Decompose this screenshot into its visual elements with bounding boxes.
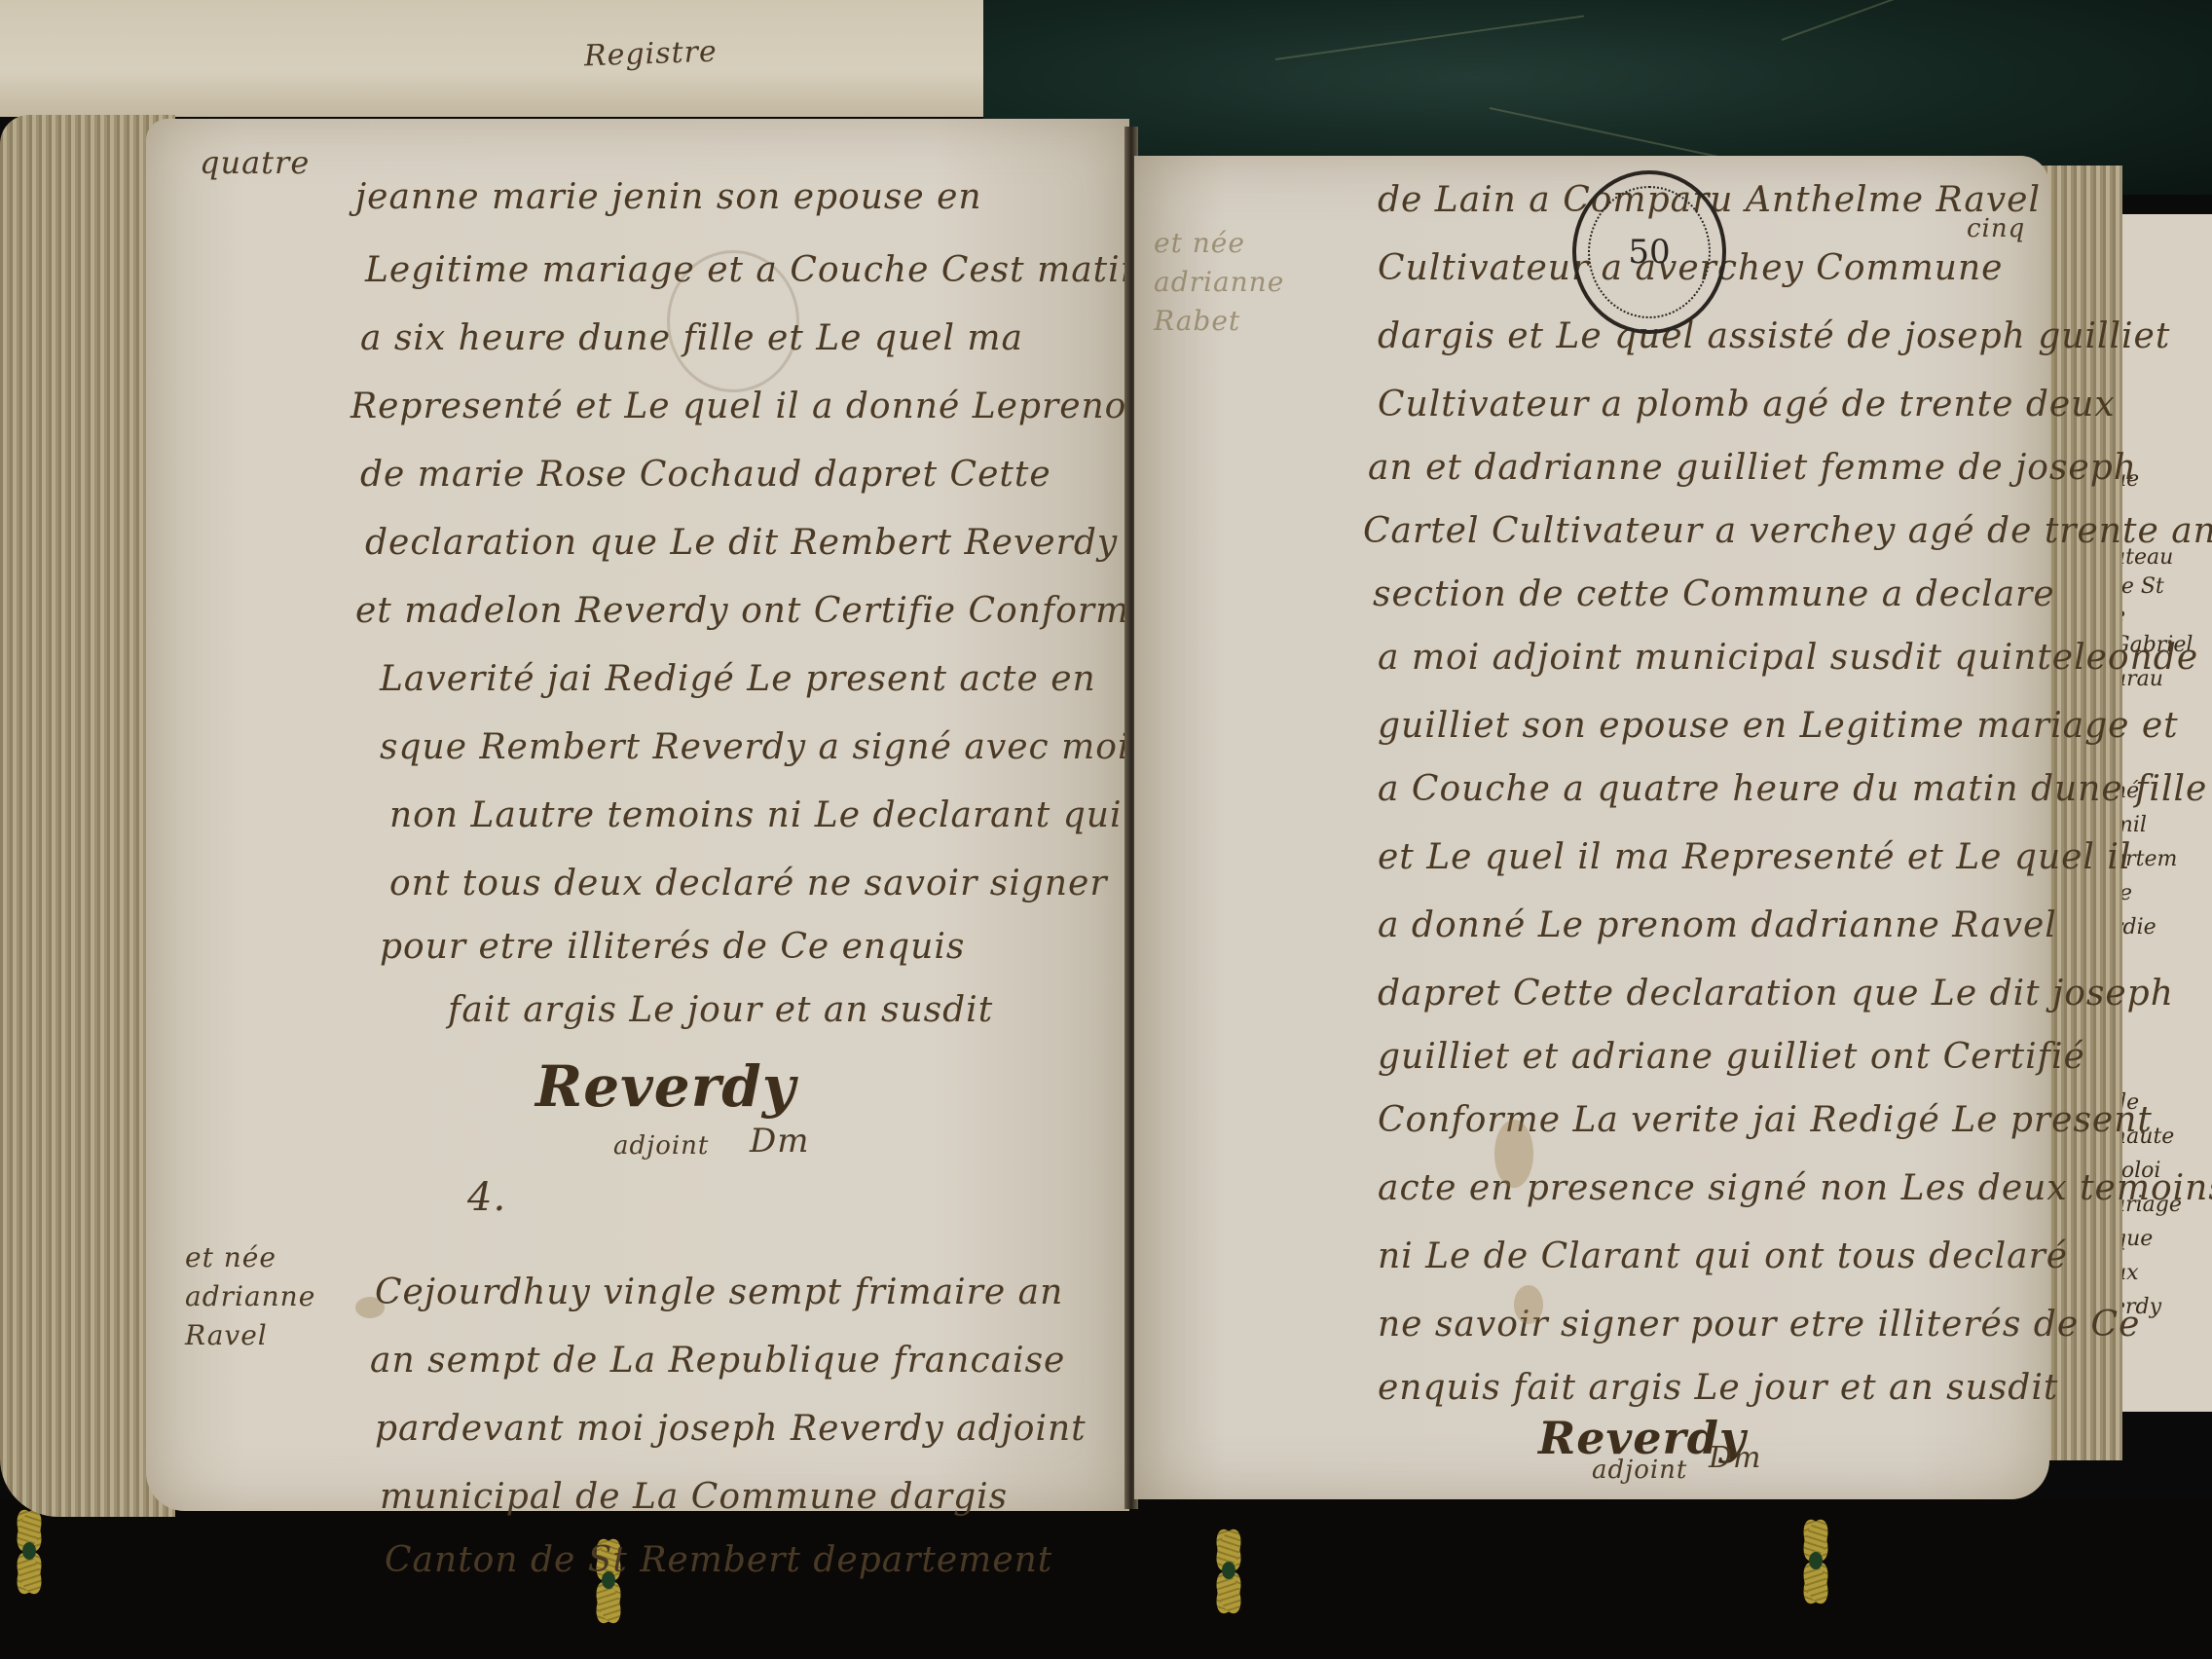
text-line: ont tous deux declaré ne savoir signer [389, 864, 1108, 903]
water-stain [1494, 1120, 1533, 1188]
stamp-value: 50 [1628, 233, 1670, 272]
text-line: Laverité jai Redigé Le present acte en [380, 659, 1096, 699]
register-label: Registre [583, 35, 718, 74]
text-line: pour etre illiterés de Ce enquis [380, 927, 965, 967]
signature-title: adjoint [1592, 1456, 1687, 1485]
text-line: dargis et Le quel assisté de joseph guil… [1378, 316, 2170, 356]
background-document-sheet [0, 0, 983, 117]
tax-stamp-icon: 50 [1572, 170, 1726, 334]
text-line: guilliet son epouse en Legitime mariage … [1378, 706, 2179, 746]
water-stain [1514, 1285, 1543, 1324]
signature-suffix: Dm [750, 1122, 810, 1161]
text-line: non Lautre temoins ni Le declarant qui [389, 795, 1122, 835]
text-line: et madelon Reverdy ont Certifie Conforme [355, 591, 1152, 631]
right-page: et née adrianne Rabet cinq de Lain a Com… [1134, 156, 2049, 1499]
text-line: sque Rembert Reverdy a signé avec moi [380, 727, 1129, 767]
margin-note-line: et née [185, 1238, 315, 1277]
text-line: Cultivateur a plomb agé de trente deux [1378, 385, 2116, 424]
tablecloth [0, 1499, 2212, 1659]
entry-line: municipal de La Commune dargis [380, 1477, 1008, 1517]
flower-motif-icon [0, 1509, 63, 1597]
flower-motif-icon [1782, 1519, 1850, 1606]
entry-line: an sempt de La Republique francaise [370, 1341, 1065, 1381]
text-line: de marie Rose Cochaud dapret Cette [360, 455, 1051, 495]
text-line: guilliet et adriane guilliet ont Certifi… [1378, 1037, 2085, 1077]
margin-note-line: Ravel [185, 1316, 315, 1355]
text-line: an et dadrianne guilliet femme de joseph [1368, 448, 2137, 488]
text-line: dapret Cette declaration que Le dit jose… [1378, 974, 2174, 1014]
text-line: section de cette Commune a declare [1373, 574, 2055, 614]
margin-note-line: et née [1154, 224, 1284, 263]
margin-note-line: Rabet [1154, 302, 1284, 341]
entry-line: Canton de St Rembert departement [385, 1540, 1052, 1580]
margin-note-adrianne-ravel: et née adrianne Ravel [185, 1238, 315, 1355]
margin-note-faded: et née adrianne Rabet [1154, 224, 1284, 341]
text-line: enquis fait argis Le jour et an susdit [1378, 1368, 2058, 1408]
text-line: jeanne marie jenin son epouse en [355, 177, 982, 217]
text-line: et Le quel il ma Representé et Le quel i… [1378, 837, 2131, 877]
left-page: quatre jeanne marie jenin son epouse en … [146, 119, 1129, 1511]
text-line: fait argis Le jour et an susdit [448, 990, 993, 1030]
margin-note-quatre: quatre [200, 143, 310, 182]
text-line: a donné Le prenom dadrianne Ravel [1378, 905, 2057, 945]
entry-line: Cejourdhuy vingle sempt frimaire an [375, 1272, 1063, 1312]
text-line: a Couche a quatre heure du matin dune fi… [1378, 769, 2207, 809]
text-line: Cartel Cultivateur a verchey agé de tren… [1363, 511, 2212, 551]
margin-note-line: adrianne [1154, 263, 1284, 302]
signature-reverdy: Reverdy [535, 1053, 796, 1120]
entry-number: 4. [467, 1175, 506, 1220]
margin-note-line: adrianne [185, 1277, 315, 1316]
flower-motif-icon [1195, 1529, 1263, 1616]
text-line: Conforme La verite jai Redigé Le present [1378, 1100, 2153, 1140]
signature-suffix: Dm [1709, 1441, 1762, 1475]
text-line: ni Le de Clarant qui ont tous declaré [1378, 1236, 2068, 1276]
text-line: a six heure dune fille et Le quel ma [360, 318, 1023, 358]
text-line: ne savoir signer pour etre illiterés de … [1378, 1305, 2140, 1345]
signature-title: adjoint [613, 1131, 709, 1161]
text-line: declaration que Le dit Rembert Reverdy [365, 523, 1118, 563]
text-line: Representé et Le quel il a donné Lepreno… [350, 387, 1161, 426]
entry-line: pardevant moi joseph Reverdy adjoint [375, 1409, 1087, 1449]
text-line: a moi adjoint municipal susdit quinteleo… [1378, 638, 2198, 678]
text-line: Legitime mariage et a Couche Cest matin [365, 250, 1144, 290]
